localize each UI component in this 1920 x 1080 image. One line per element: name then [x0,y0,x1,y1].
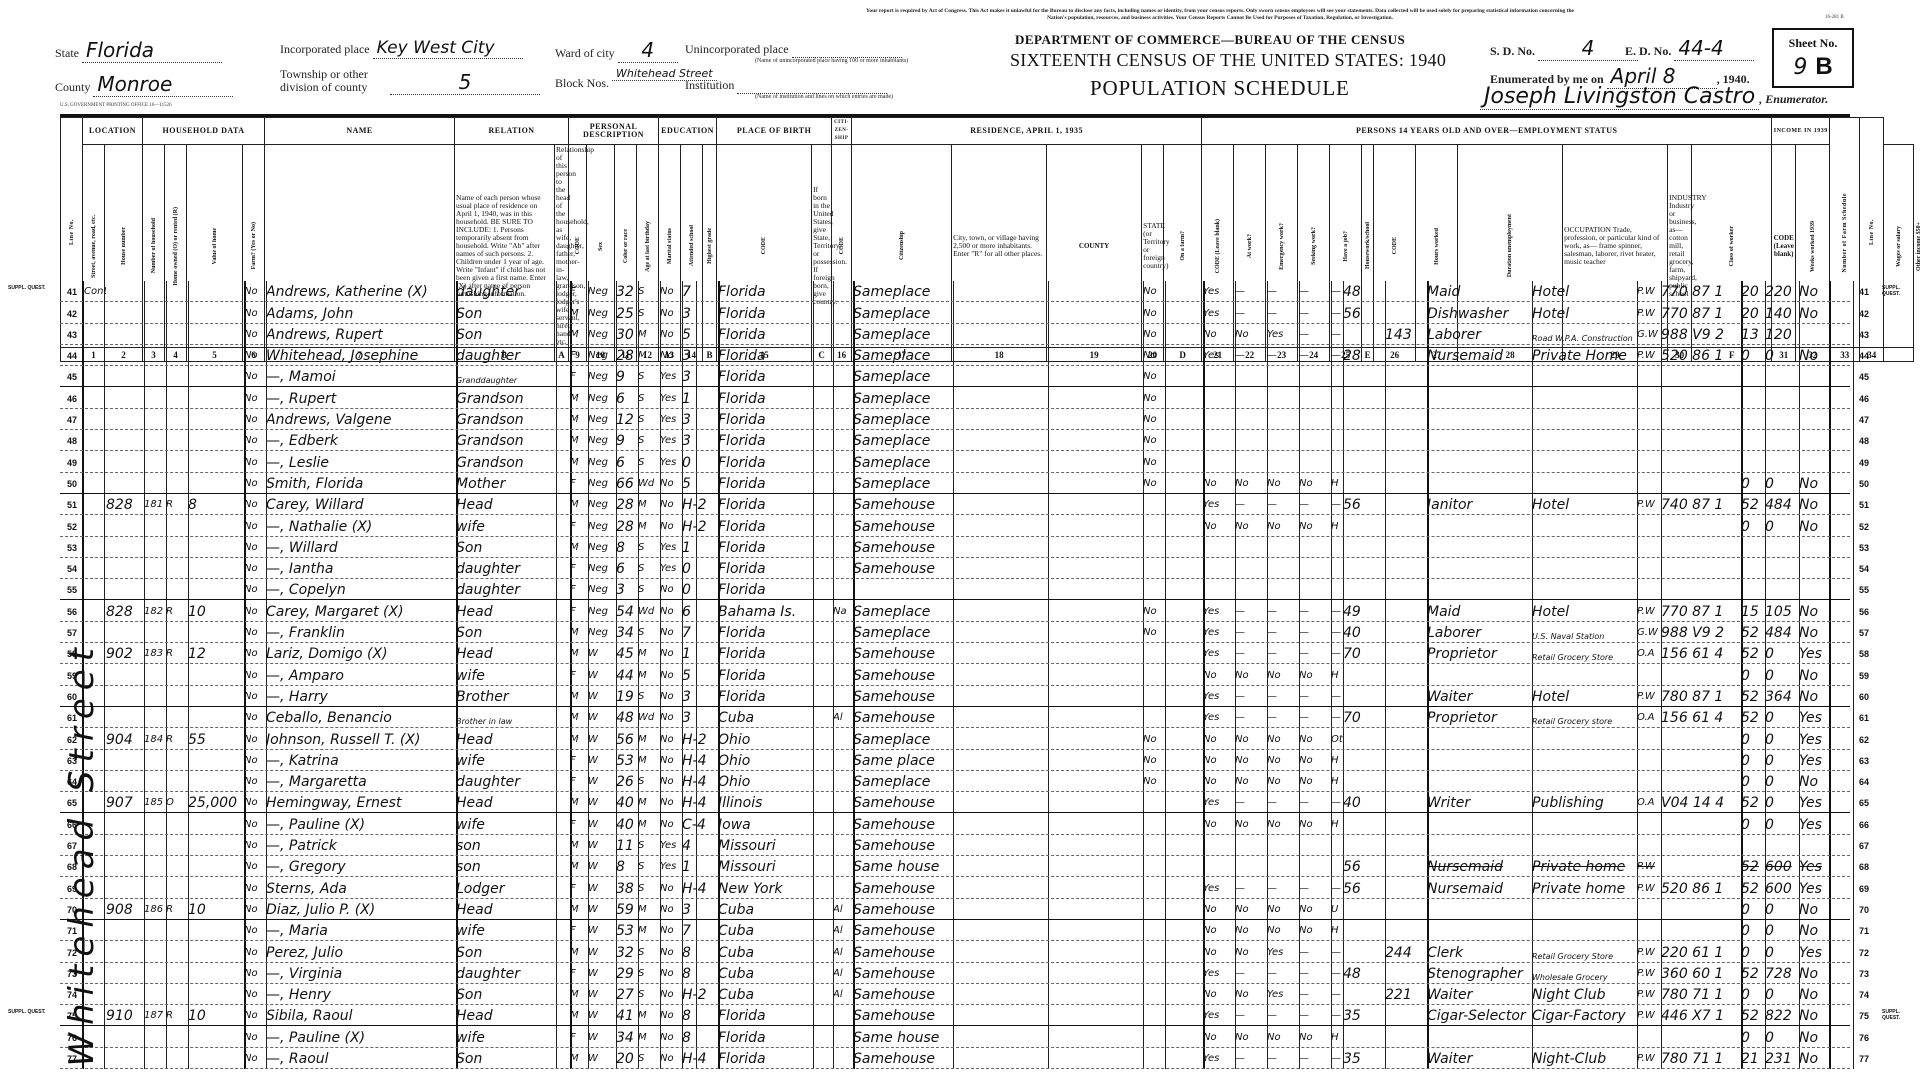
cell-w23: — [1267,1051,1299,1067]
group-personal: PERSONAL DESCRIPTION [569,118,659,145]
cell-race: W [588,1030,616,1046]
cell-ind: Private Home [1532,348,1637,364]
cell-grade: H-4 [682,795,718,811]
cell-race: Neg [588,412,616,428]
cell-w24: No [1299,817,1331,833]
cell-inc: 140 [1765,306,1799,322]
cell-race: W [588,774,616,790]
cell-line: 55 [62,582,82,598]
cell-race: Neg [588,519,616,535]
cell-grade: 8 [682,945,718,961]
group-location: LOCATION [83,118,143,145]
cell-w25: — [1331,966,1343,982]
sheet-side: B [1815,53,1832,80]
cell-birth: Florida [718,455,813,471]
cell-race: W [588,923,616,939]
cell-rel: Head [456,604,556,620]
cell-hh: 187 [144,1008,166,1024]
cell-line-right: 72 [1853,945,1875,961]
cell-sch: No [660,497,682,513]
cell-sch: No [660,284,682,300]
cell-w25: Ot [1331,732,1343,748]
cell-grade: H-2 [682,987,718,1003]
cell-farm: No [244,348,266,364]
cell-sch: No [660,519,682,535]
cell-res: Sameplace [853,476,953,492]
cell-age: 27 [616,987,638,1003]
cell-line: 51 [62,497,82,513]
cell-ind: U.S. Naval Station [1532,633,1637,641]
cell-val: 12 [188,646,244,662]
cell-oth: No [1799,625,1829,641]
cell-line-right: 50 [1853,476,1875,492]
cell-birth: Florida [718,1030,813,1046]
cell-birth: Florida [718,284,813,300]
cell-grade: 3 [682,433,718,449]
cell-grade: 3 [682,689,718,705]
cell-sex: M [570,689,588,705]
supplementary-question-marker: SUPPL. QUEST. [8,285,46,291]
cell-w21: Yes [1203,284,1235,300]
cell-farm: No [244,497,266,513]
cell-oth: No [1799,668,1829,684]
cell-sch: No [660,476,682,492]
cell-birth: Florida [718,540,813,556]
cell-sch: Yes [660,561,682,577]
cell-farm: No [244,817,266,833]
cell-occ: Maid [1427,284,1532,300]
cell-age: 6 [616,391,638,407]
cell-oth: Yes [1799,753,1829,769]
cell-oth: Yes [1799,710,1829,726]
cell-hrs: 56 [1343,497,1385,513]
group-relation: RELATION [455,118,569,145]
cell-age: 6 [616,455,638,471]
cell-farm: No [244,391,266,407]
cell-age: 41 [616,1008,638,1024]
cell-age: 40 [616,795,638,811]
table-row: 61NoCeballo, BenancioBrother in lawMW48W… [60,707,1850,728]
cell-occ: Maid [1427,604,1532,620]
cell-sch: No [660,902,682,918]
cell-wks: 52 [1741,795,1765,811]
cell-hh: 186 [144,902,166,918]
cell-res: Samehouse [853,923,953,939]
cell-line: 43 [62,327,82,343]
cell-rel: Brother [456,689,556,705]
cell-w21: Yes [1203,348,1235,364]
cell-line-right: 62 [1853,732,1875,748]
cell-w24: — [1299,710,1331,726]
cell-code: 988 V9 2 [1661,625,1741,641]
cell-birth: Florida [718,668,813,684]
cell-sex: F [570,774,588,790]
cell-res: Sameplace [853,455,953,471]
ward-value: 4 [618,38,678,63]
cell-res: Samehouse [853,668,953,684]
cell-race: W [588,732,616,748]
cell-farm: No [244,710,266,726]
cell-w21: Yes [1203,1051,1235,1067]
cell-mar: S [638,966,660,982]
cell-occ: Waiter [1427,1051,1532,1067]
cell-line-right: 44 [1853,348,1875,364]
cell-rel: daughter [456,561,556,577]
cell-mar: S [638,987,660,1003]
cell-name: Lariz, Domigo (X) [266,646,456,662]
cell-wks: 0 [1741,732,1765,748]
cell-name: Adams, John [266,306,456,322]
cell-inc: 0 [1765,902,1799,918]
cell-res: Sameplace [853,306,953,322]
cell-inc: 0 [1765,710,1799,726]
group-name: NAME [265,118,455,145]
cell-name: Hemingway, Ernest [266,795,456,811]
cell-mar: M [638,646,660,662]
cell-rel: Son [456,1051,556,1067]
cell-w22: No [1235,753,1267,769]
cell-race: W [588,838,616,854]
cell-w22: No [1235,519,1267,535]
cell-grade: 8 [682,966,718,982]
cell-rel: Grandson [456,455,556,471]
cell-w21: Yes [1203,625,1235,641]
confidentiality-notice: Your report is required by Act of Congre… [860,8,1580,22]
cell-farm: No [244,795,266,811]
cell-mar: S [638,284,660,300]
cell-mar: Wd [638,604,660,620]
cell-age: 8 [616,540,638,556]
cell-grade: 8 [682,1030,718,1046]
sd-field: S. D. No. 4 [1490,36,1638,61]
cell-race: Neg [588,625,616,641]
cell-sex: M [570,795,588,811]
cell-wks: 52 [1741,966,1765,982]
cell-birth: Missouri [718,859,813,875]
cell-oth: No [1799,966,1829,982]
cell-own: R [166,1008,188,1024]
cell-name: —, Henry [266,987,456,1003]
cell-w25: — [1331,987,1343,1003]
table-row: 56828182R10NoCarey, Margaret (X)HeadFNeg… [60,600,1850,621]
cell-name: —, Raoul [266,1051,456,1067]
cell-line-right: 61 [1853,710,1875,726]
cell-farm35: No [1143,732,1165,748]
cell-wks: 0 [1741,817,1765,833]
ed-field: E. D. No. 44-4 [1625,36,1754,61]
cell-inc: 0 [1765,668,1799,684]
cell-name: Johnson, Russell T. (X) [266,732,456,748]
cell-birth: Florida [718,582,813,598]
cell-w24: No [1299,732,1331,748]
cell-farm: No [244,902,266,918]
cell-cls: G.W [1637,625,1661,641]
cell-res: Samehouse [853,1008,953,1024]
cell-line: 49 [62,455,82,471]
cell-sex: F [570,582,588,598]
cell-res: Samehouse [853,881,953,897]
cell-farm: No [244,433,266,449]
cell-ind: Cigar-Factory [1532,1008,1637,1024]
cell-w24: — [1299,348,1331,364]
cell-val: 10 [188,604,244,620]
cell-hrs: 56 [1343,881,1385,897]
cell-line: 46 [62,391,82,407]
cell-age: 53 [616,923,638,939]
cell-inc: 0 [1765,519,1799,535]
cell-sch: No [660,1051,682,1067]
cell-line-right: 67 [1853,838,1875,854]
cell-wks: 52 [1741,689,1765,705]
cell-oth: No [1799,1008,1829,1024]
table-row: 72NoPerez, JulioSonMW32SNo8CubaAlSamehou… [60,941,1850,962]
cell-res: Sameplace [853,348,953,364]
cell-res: Samehouse [853,710,953,726]
cell-cit: Al [833,710,853,726]
cell-cit: Na [833,604,853,620]
cell-w24: No [1299,519,1331,535]
cell-sex: F [570,561,588,577]
cell-rel: Head [456,902,556,918]
cell-code: 988 V9 2 [1661,327,1741,343]
cell-grade: 0 [682,582,718,598]
cell-ind: Night-Club [1532,1051,1637,1067]
cell-mar: Wd [638,710,660,726]
cell-age: 19 [616,689,638,705]
cell-code: 360 60 1 [1661,966,1741,982]
sheet-number-box: Sheet No. 9B [1772,28,1854,88]
cell-grade: 3 [682,348,718,364]
cell-w21: No [1203,519,1235,535]
cell-own: R [166,732,188,748]
supplementary-question-marker: SUPPL. QUEST. [1882,1009,1900,1021]
cell-rel: Son [456,327,556,343]
cell-farm: No [244,476,266,492]
cell-rel: Head [456,732,556,748]
cell-sch: Yes [660,391,682,407]
census-title: SIXTEENTH CENSUS OF THE UNITED STATES: 1… [1010,50,1446,71]
cell-birth: Bahama Is. [718,604,813,620]
cell-w23: — [1267,625,1299,641]
cell-cls: P.W [1637,945,1661,961]
cell-grade: 1 [682,859,718,875]
cell-sex: F [570,369,588,385]
cell-code: 780 71 1 [1661,987,1741,1003]
cell-line-right: 59 [1853,668,1875,684]
cell-grade: 5 [682,476,718,492]
cell-mar: S [638,625,660,641]
cell-code: 770 87 1 [1661,306,1741,322]
cell-sch: No [660,795,682,811]
cell-wks: 52 [1741,859,1765,875]
cell-w24: No [1299,902,1331,918]
cell-line-right: 41 [1853,284,1875,300]
cell-farm35: No [1143,433,1165,449]
table-row: 68No—, GregorysonMW8SYes1MissouriSame ho… [60,856,1850,877]
cell-oth: Yes [1799,881,1829,897]
cell-birth: Missouri [718,838,813,854]
cell-age: 8 [616,859,638,875]
cell-rel: daughter [456,774,556,790]
cell-age: 38 [616,881,638,897]
cell-line-right: 54 [1853,561,1875,577]
cell-res: Sameplace [853,732,953,748]
cell-age: 34 [616,625,638,641]
cell-age: 6 [616,561,638,577]
cell-sch: Yes [660,369,682,385]
cell-mar: M [638,327,660,343]
cell-inc: 0 [1765,753,1799,769]
cell-rel: Son [456,625,556,641]
cell-w23: — [1267,710,1299,726]
cell-rel: daughter [456,966,556,982]
cell-own: R [166,497,188,513]
cell-inc: 600 [1765,881,1799,897]
cell-wks: 52 [1741,881,1765,897]
cell-hh: 183 [144,646,166,662]
cell-inc: 0 [1765,795,1799,811]
cell-mar: S [638,391,660,407]
cell-w22: — [1235,646,1267,662]
cell-w24: — [1299,284,1331,300]
cell-farm: No [244,987,266,1003]
cell-w24: No [1299,1030,1331,1046]
cell-sch: Yes [660,838,682,854]
cell-occ: Cigar-Selector [1427,1008,1532,1024]
cell-grade: H-2 [682,497,718,513]
cell-farm: No [244,646,266,662]
cell-farm: No [244,412,266,428]
cell-race: Neg [588,604,616,620]
cell-w22: — [1235,625,1267,641]
cell-ind: Hotel [1532,306,1637,322]
cell-name: —, Virginia [266,966,456,982]
cell-line-right: 53 [1853,540,1875,556]
table-row: 42NoAdams, JohnSonMNeg25SNo3FloridaSamep… [60,302,1850,323]
cell-w24: — [1299,966,1331,982]
cell-name: —, Pauline (X) [266,1030,456,1046]
cell-w21: Yes [1203,689,1235,705]
cell-mar: S [638,945,660,961]
cell-oth: Yes [1799,817,1829,833]
cell-grade: 1 [682,646,718,662]
table-row: 77No—, RaoulSonMW20SNoH-4FloridaSamehous… [60,1048,1850,1069]
cell-race: W [588,689,616,705]
cell-cit: Al [833,945,853,961]
cell-rel: Grandson [456,391,556,407]
printing-office: U.S. GOVERNMENT PRINTING OFFICE 16—11526 [60,103,172,108]
cell-age: 28 [616,497,638,513]
cell-sch: Yes [660,859,682,875]
cell-wks: 52 [1741,1008,1765,1024]
cell-birth: Florida [718,433,813,449]
cell-line-right: 66 [1853,817,1875,833]
table-row: 58902183R12NoLariz, Domigo (X)HeadMW45MN… [60,643,1850,664]
cell-race: W [588,646,616,662]
cell-ind: Wholesale Grocery [1532,974,1637,982]
table-row: 52No—, Nathalie (X)wifeFNeg28MNoH-2Flori… [60,515,1850,536]
cell-age: 53 [616,753,638,769]
cell-farm: No [244,1030,266,1046]
column-number [1884,348,1914,362]
cell-line-right: 68 [1853,859,1875,875]
cell-mar: S [638,582,660,598]
cell-inc: 120 [1765,327,1799,343]
cell-name: Sterns, Ada [266,881,456,897]
cell-mar: S [638,455,660,471]
cell-res: Samehouse [853,646,953,662]
cell-grade: H-4 [682,753,718,769]
table-row: 73No—, VirginiadaughterFW29SNo8CubaAlSam… [60,963,1850,984]
cell-house: 902 [106,646,144,662]
cell-cls: O.A [1637,646,1661,662]
cell-inc: 0 [1765,817,1799,833]
cell-name: Andrews, Valgene [266,412,456,428]
cell-w24: — [1299,987,1331,1003]
cell-mar: M [638,348,660,364]
county-field: County Monroe [55,72,233,97]
cell-race: Neg [588,327,616,343]
table-row: 64No—, MargarettadaughterFW26SNoH-4OhioS… [60,771,1850,792]
cell-race: W [588,966,616,982]
cell-street: Cont'd [84,284,106,300]
cell-line-right: 70 [1853,902,1875,918]
cell-line: 57 [62,625,82,641]
cell-cls: P.W [1637,306,1661,322]
cell-farm: No [244,774,266,790]
table-row: 60No—, HarryBrotherMW19SNo3FloridaSameho… [60,686,1850,707]
cell-w21: Yes [1203,646,1235,662]
cell-age: 30 [616,327,638,343]
cell-oth: No [1799,284,1829,300]
cell-race: Neg [588,455,616,471]
cell-birth: Florida [718,689,813,705]
cell-line-right: 49 [1853,455,1875,471]
cell-wks: 0 [1741,476,1765,492]
cell-ind: Publishing [1532,795,1637,811]
cell-birth: Florida [718,476,813,492]
cell-line-right: 43 [1853,327,1875,343]
cell-grade: 3 [682,902,718,918]
cell-w24: No [1299,753,1331,769]
cell-name: —, Margaretta [266,774,456,790]
cell-rel: daughter [456,284,556,300]
cell-inc: 822 [1765,1008,1799,1024]
cell-w23: — [1267,604,1299,620]
cell-cit: Al [833,966,853,982]
cell-w21: Yes [1203,710,1235,726]
state-field: State Florida [55,38,222,63]
cell-sex: M [570,540,588,556]
cell-mar: S [638,369,660,385]
group-employment: PERSONS 14 YEARS OLD AND OVER—EMPLOYMENT… [1202,118,1772,145]
cell-code: 156 61 4 [1661,646,1741,662]
cell-w22: No [1235,902,1267,918]
cell-inc: 0 [1765,774,1799,790]
group-citizenship: CITI-ZEN-SHIP [832,118,852,145]
cell-w22: — [1235,1051,1267,1067]
institution-field: Institution (Name of institution and lin… [685,78,893,100]
cell-grade: 7 [682,284,718,300]
cell-wks: 15 [1741,604,1765,620]
cell-code: 780 71 1 [1661,1051,1741,1067]
cell-grade: 3 [682,306,718,322]
cell-w23: — [1267,795,1299,811]
cell-oth: No [1799,497,1829,513]
cell-sch: Yes [660,412,682,428]
cell-w22: No [1235,774,1267,790]
cell-line: 56 [62,604,82,620]
